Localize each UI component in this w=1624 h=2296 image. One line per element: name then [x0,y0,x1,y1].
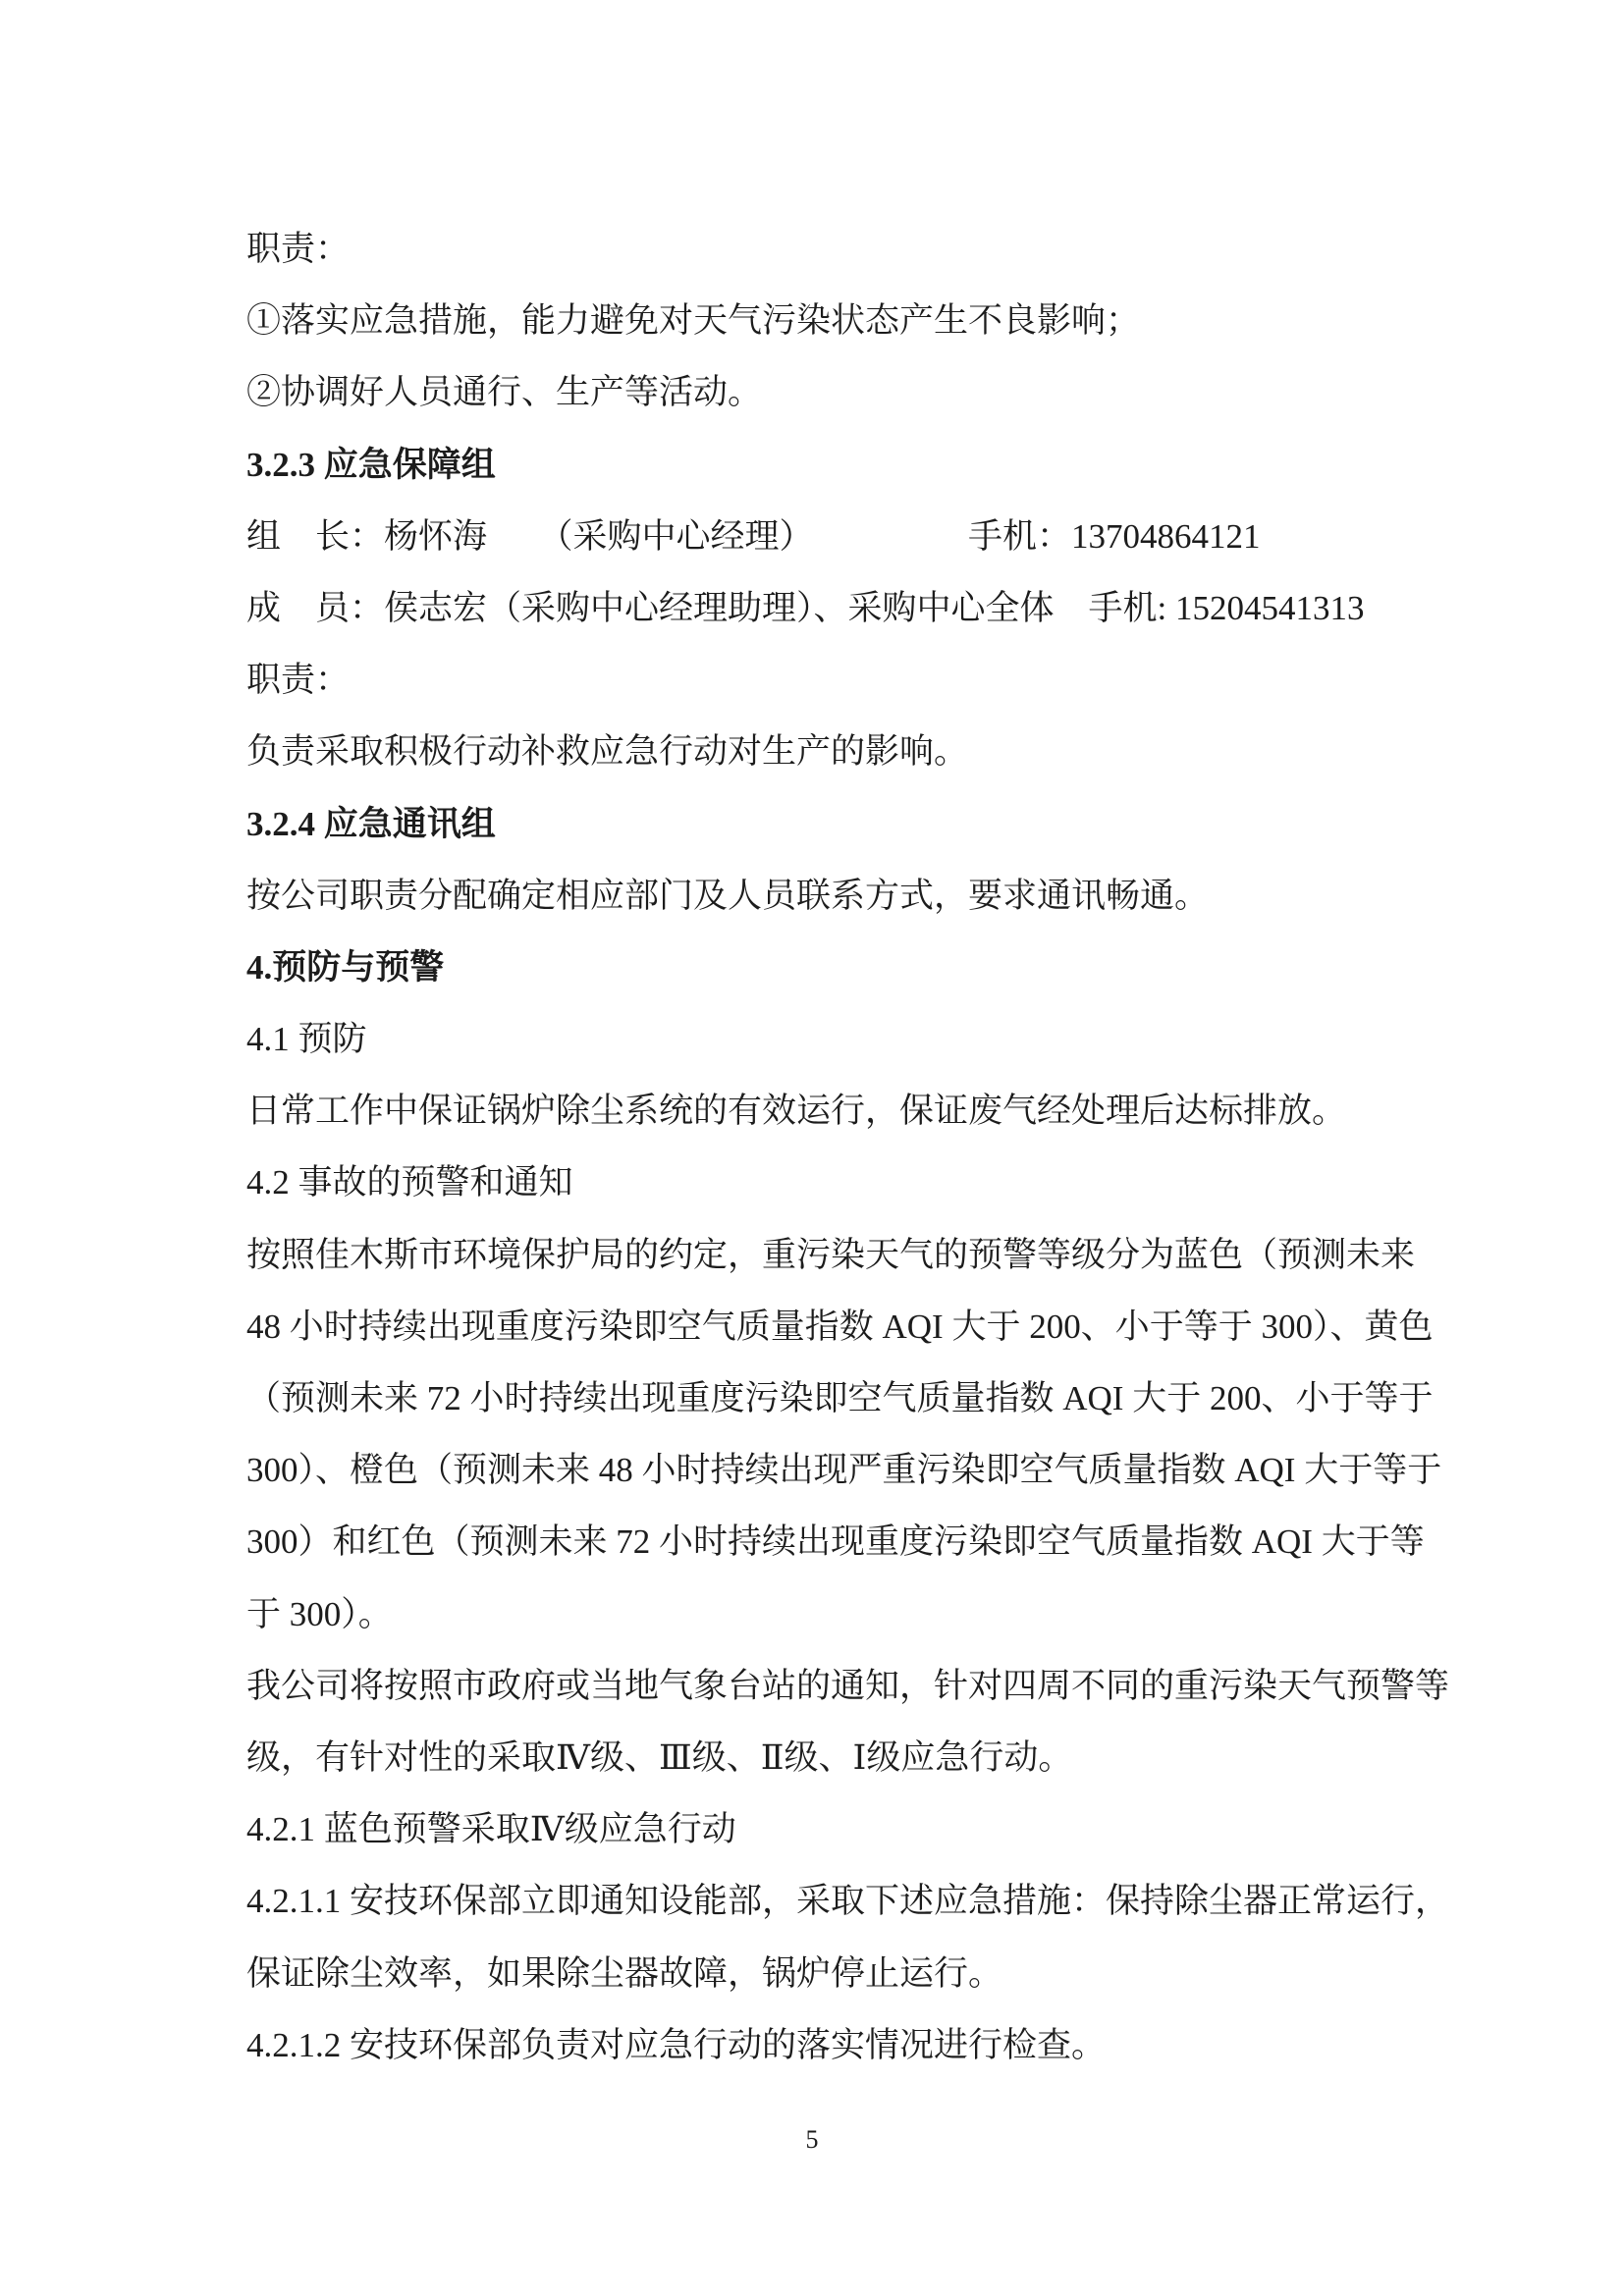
member-line: 成 员：侯志宏（采购中心经理助理）、采购中心全体 手机: 15204541313 [246,572,1421,644]
page-number: 5 [0,2120,1624,2160]
warning-para-line-4: 300）、橙色（预测未来 48 小时持续出现严重污染即空气质量指数 AQI 大于… [246,1434,1421,1506]
document-body: 职责： ①落实应急措施，能力避免对天气污染状态产生不良影响； ②协调好人员通行、… [246,213,1421,2081]
leader-line: 组 长：杨怀海 （采购中心经理） 手机：13704864121 [246,501,1421,572]
warning-para-line-3: （预测未来 72 小时持续出现重度污染即空气质量指数 AQI 大于 200、小于… [246,1362,1421,1434]
duty-label-2: 职责： [246,644,1421,716]
blue-warning-check: 4.2.1.2 安技环保部负责对应急行动的落实情况进行检查。 [246,2009,1421,2081]
duty-item-1: ①落实应急措施，能力避免对天气污染状态产生不良影响； [246,285,1421,356]
duty-label: 职责： [246,213,1421,285]
action-para-line-1: 我公司将按照市政府或当地气象台站的通知，针对四周不同的重污染天气预警等 [246,1650,1421,1722]
blue-warning-line-2: 保证除尘效率，如果除尘器故障，锅炉停止运行。 [246,1938,1421,2009]
duty-text: 负责采取积极行动补救应急行动对生产的影响。 [246,716,1421,787]
heading-4-2-1: 4.2.1 蓝色预警采取Ⅳ级应急行动 [246,1793,1421,1865]
comm-group-text: 按公司职责分配确定相应部门及人员联系方式，要求通讯畅通。 [246,860,1421,932]
document-page: 职责： ①落实应急措施，能力避免对天气污染状态产生不良影响； ②协调好人员通行、… [0,0,1624,2296]
heading-4-2: 4.2 事故的预警和通知 [246,1147,1421,1218]
blue-warning-line-1: 4.2.1.1 安技环保部立即通知设能部，采取下述应急措施：保持除尘器正常运行， [246,1865,1421,1937]
heading-4-1: 4.1 预防 [246,1003,1421,1075]
duty-item-2: ②协调好人员通行、生产等活动。 [246,356,1421,428]
heading-3-2-3: 3.2.3 应急保障组 [246,429,1421,501]
prevention-text: 日常工作中保证锅炉除尘系统的有效运行，保证废气经处理后达标排放。 [246,1075,1421,1147]
warning-para-line-6: 于 300）。 [246,1578,1421,1650]
action-para-line-2: 级，有针对性的采取Ⅳ级、Ⅲ级、Ⅱ级、Ⅰ级应急行动。 [246,1722,1421,1793]
heading-3-2-4: 3.2.4 应急通讯组 [246,788,1421,860]
warning-para-line-1: 按照佳木斯市环境保护局的约定，重污染天气的预警等级分为蓝色（预测未来 [246,1219,1421,1291]
heading-4: 4.预防与预警 [246,932,1421,1003]
warning-para-line-2: 48 小时持续出现重度污染即空气质量指数 AQI 大于 200、小于等于 300… [246,1291,1421,1362]
warning-para-line-5: 300）和红色（预测未来 72 小时持续出现重度污染即空气质量指数 AQI 大于… [246,1506,1421,1577]
